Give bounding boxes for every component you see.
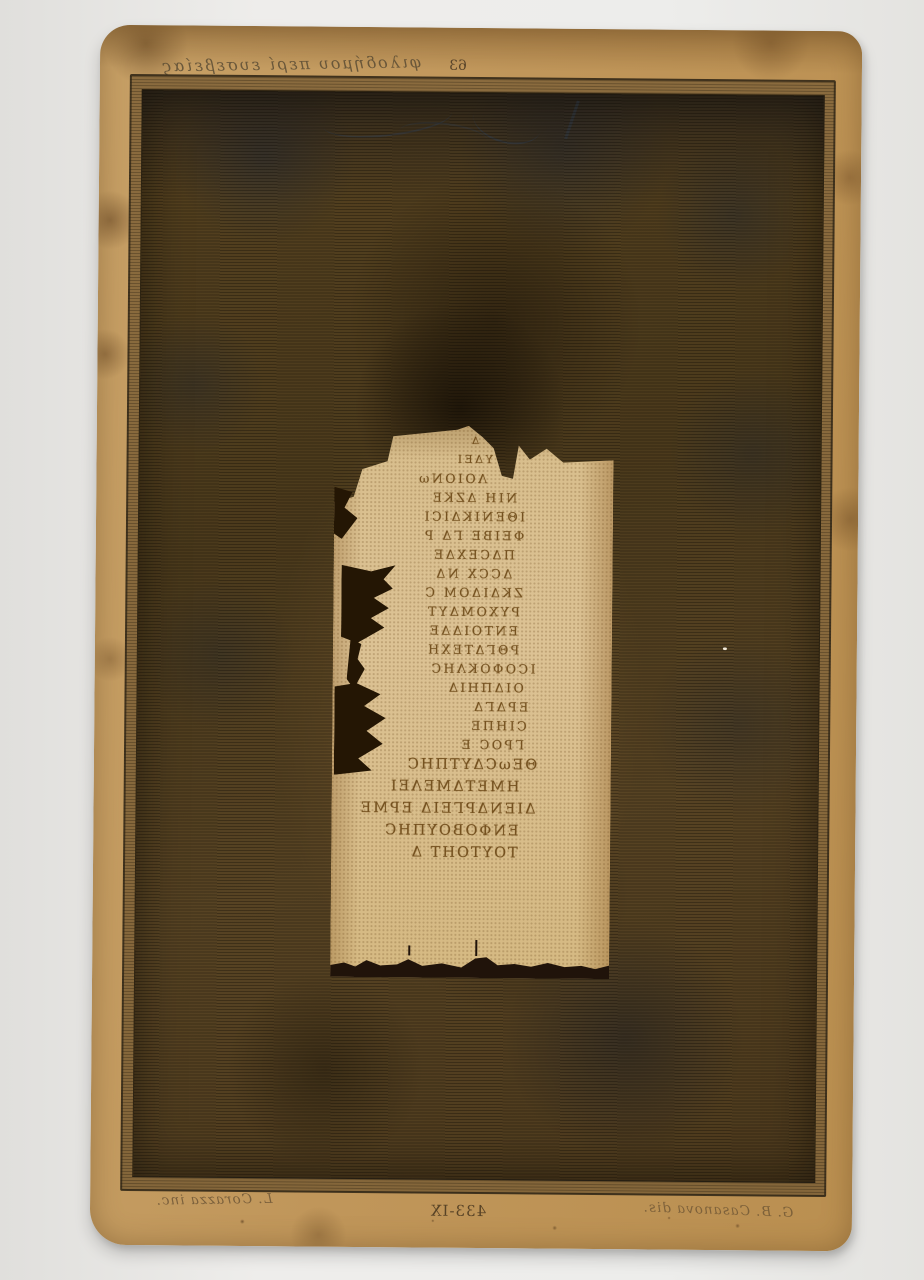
papyrus-text-line: ΓΡΟC Ε bbox=[326, 734, 657, 756]
papyrus-bottom-edge bbox=[475, 940, 477, 956]
ink-scribble bbox=[397, 118, 490, 156]
papyrus-text-line: ΕΝΦΟΒΟΥΠΗC bbox=[285, 818, 616, 843]
papyrus-bottom-edge bbox=[408, 945, 410, 955]
inscription-draughtsman: G. B. Casanova dis. bbox=[598, 1198, 838, 1223]
papyrus-facsimile: Δ ΥΔΕΙ ΛΟΙΟΝω ΝΙΗ ΔΖΚΕ ΙΘΕΝΙΚΔΙCΙ ΦΕΙΒΕ … bbox=[330, 425, 614, 979]
ink-scribble bbox=[564, 100, 580, 139]
inscription-plate-ref: 433-IX bbox=[410, 1201, 506, 1220]
inscription-engraver: L. Corazza inc. bbox=[124, 1190, 304, 1209]
ink-scribble bbox=[468, 91, 547, 151]
papyrus-text: Δ ΥΔΕΙ ΛΟΙΟΝω ΝΙΗ ΔΖΚΕ ΙΘΕΝΙΚΔΙCΙ ΦΕΙΒΕ … bbox=[305, 433, 640, 866]
dust-speck bbox=[723, 647, 727, 650]
papyrus-text-line: ΛΟΙΟΝω bbox=[286, 467, 617, 489]
papyrus-text-line: ΔΙΕΝΔΡΓΕΙΔ ΕΡΜΕ bbox=[281, 796, 612, 821]
papyrus-text-line: ΤΟΥΤΟΗΤ Δ bbox=[298, 840, 629, 865]
copper-plate: φιλοδήμου περί ευσεβείας 63 Δ Υ bbox=[90, 25, 863, 1252]
ink-scribble bbox=[321, 95, 454, 143]
papyrus-text-line: ΘΕωCΔΥΤΠΗC bbox=[306, 753, 637, 778]
papyrus-text-line: ΗΜΕΤΔΜΕΛΕΙ bbox=[289, 774, 620, 799]
photo-backdrop: φιλοδήμου περί ευσεβείας 63 Δ Υ bbox=[0, 0, 924, 1280]
